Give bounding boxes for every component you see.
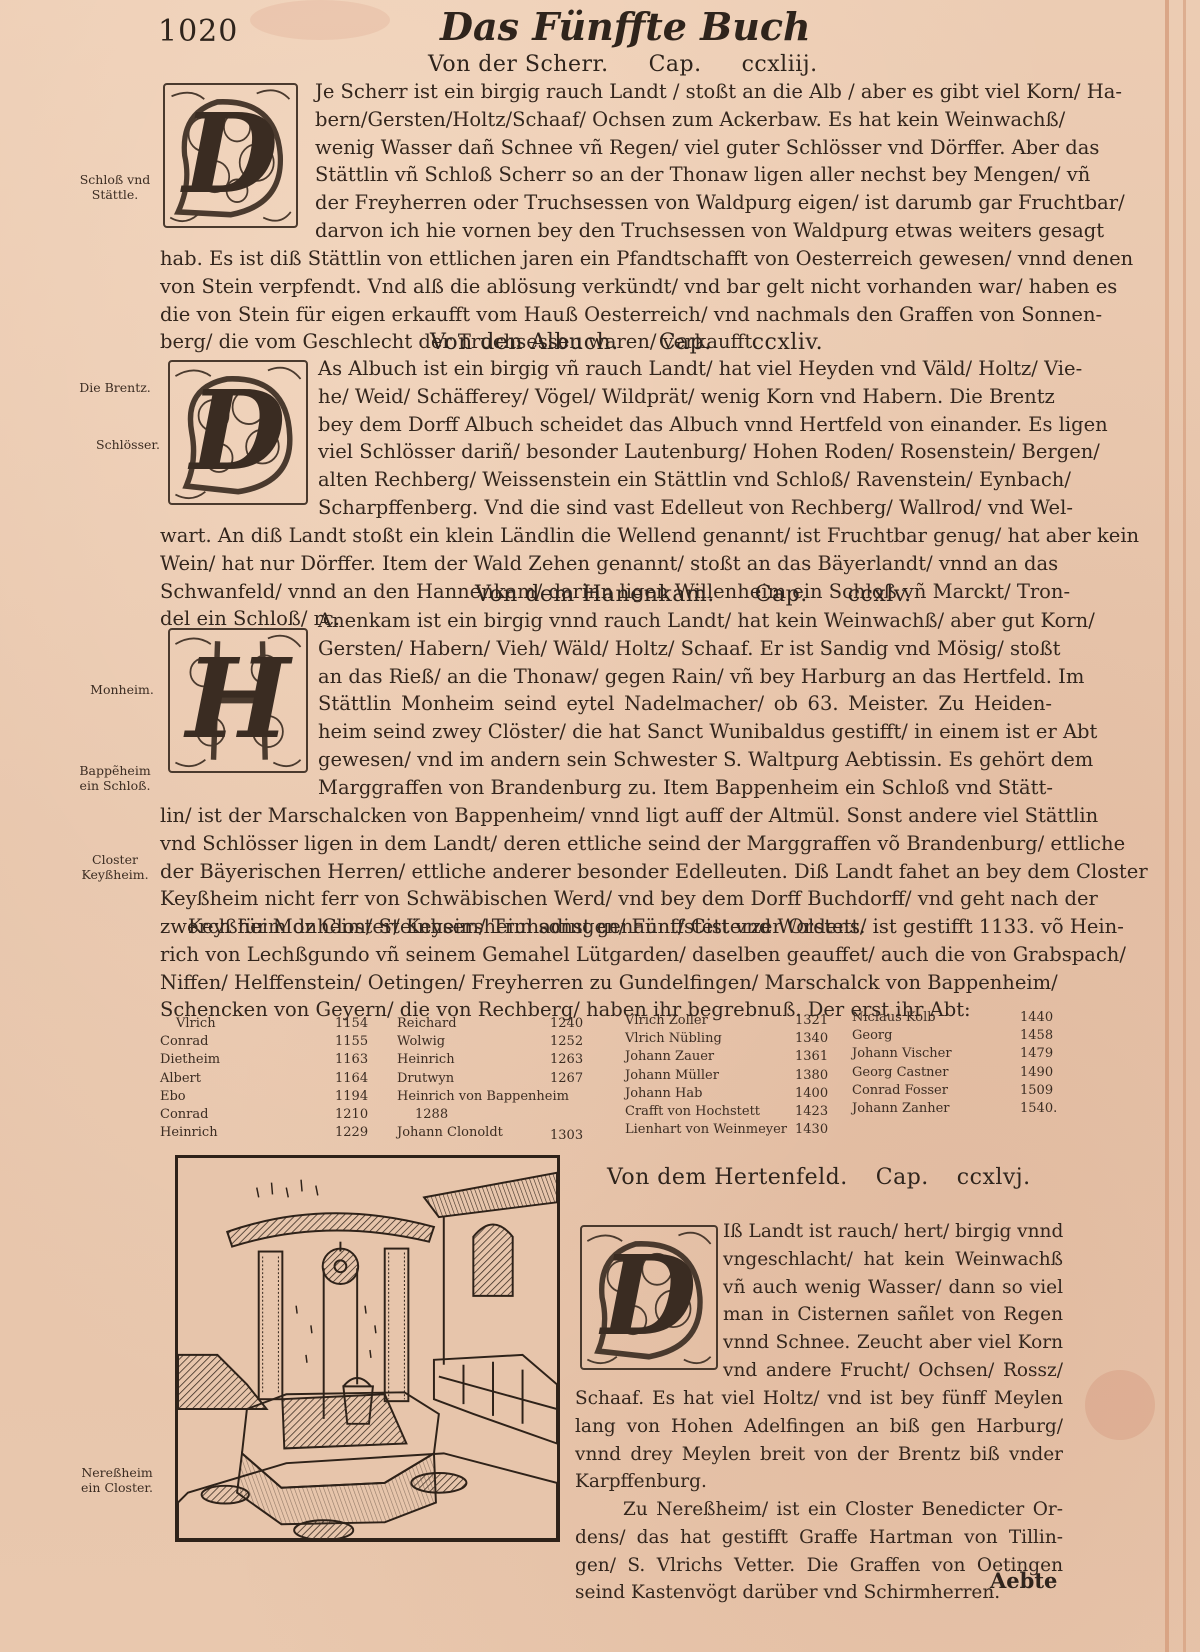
abbot-name: Johann Zanher [852, 1100, 949, 1118]
abbot-year: 1164 [335, 1070, 368, 1088]
text-line: vnd Schlösser ligen in dem Landt/ deren … [160, 830, 1052, 858]
text-line: bey dem Dorff Albuch scheidet das Albuch… [318, 411, 1052, 439]
chapter-title-hanenkam: Von dem Hanenkam.Cap.ccxlv. [475, 582, 912, 607]
text-line: Anenkam ist ein birgig vnnd rauch Landt/… [318, 607, 1052, 635]
abbot-entry: Conrad1210 [160, 1106, 370, 1124]
chapter-title-text: Von dem Hertenfeld. [607, 1165, 848, 1190]
paper-stain [250, 0, 390, 40]
chapter-title-albuch: Von den Albuch.Cap.ccxliv. [430, 330, 823, 355]
abbot-entry: Ebo1194 [160, 1088, 370, 1106]
chapter-body-albuch-indented: As Albuch ist ein birgig vñ rauch Landt/… [318, 355, 1052, 522]
abbot-name: Crafft von Hochstett [625, 1103, 760, 1121]
abbot-year: 1321 [795, 1012, 828, 1030]
abbot-entry: Vlrich Nübling1340 [625, 1030, 840, 1048]
chapter-body-hertenfeld-indented: Iß Landt ist rauch/ hert/ birgig vnnd vn… [723, 1218, 1063, 1385]
margin-note-line: Schlösser. [83, 437, 173, 452]
margin-note-line: Keyßheim. [70, 867, 160, 882]
text-line: Scharpffenberg. Vnd die sind vast Edelle… [318, 494, 1052, 522]
keyssheim-paragraph: Keyßheim dz Closter/ Keysersheim sonst g… [160, 913, 1052, 1024]
chapter-body-hanenkam-indented: Anenkam ist ein birgig vnnd rauch Landt/… [318, 607, 1052, 802]
margin-note-schloesser: Schlösser. [83, 437, 173, 452]
abbot-year: 1154 [335, 1015, 368, 1033]
abbots-column-1: Vlrich1154 Conrad1155 Dietheim1163 Alber… [160, 1015, 370, 1142]
abbot-year: 1430 [795, 1121, 828, 1139]
abbot-entry: Dietheim1163 [160, 1051, 370, 1069]
abbot-entry: Georg1458 [852, 1027, 1067, 1045]
abbot-year: 1458 [1020, 1027, 1053, 1045]
margin-note-bappenheim: Bappẽheim ein Schloß. [70, 763, 160, 793]
text-line: vngeschlacht/ hat kein Weinwachß [723, 1246, 1063, 1274]
text-line: Wein/ hat nur Dörffer. Item der Wald Zeh… [160, 550, 1052, 578]
chapter-title-text: Von dem Hanenkam. [475, 582, 715, 607]
text-line: As Albuch ist ein birgig vñ rauch Landt/… [318, 355, 1052, 383]
text-line: lin/ ist der Marschalcken von Bappenheim… [160, 802, 1052, 830]
woodcut-illustration-cistern [175, 1155, 560, 1542]
abbot-entry: Crafft von Hochstett1423 [625, 1103, 840, 1121]
chapter-number: ccxlv. [848, 582, 912, 607]
abbot-name: Reichard [397, 1015, 457, 1033]
text-line: Keyßheim nicht ferr von Schwäbischen Wer… [160, 885, 1052, 913]
decorated-initial-H: H [168, 628, 308, 773]
chapter-body-hertenfeld-full: Schaaf. Es hat viel Holtz/ vnd ist bey f… [575, 1385, 1063, 1496]
abbot-name: Vlrich [176, 1015, 216, 1033]
initial-letter: D [170, 365, 306, 494]
abbot-year: 1361 [795, 1048, 828, 1066]
abbot-year: 1210 [335, 1106, 368, 1124]
text-line: Stättlin vñ Schloß Scherr so an der Thon… [315, 161, 1052, 189]
abbot-name: Johann Vischer [852, 1045, 952, 1063]
margin-note-line: Closter [70, 852, 160, 867]
chapter-title-text: Von den Albuch. [430, 330, 619, 355]
text-line: an das Rieß/ an die Thonaw/ gegen Rain/ … [318, 663, 1052, 691]
catchword: Aebte [990, 1568, 1057, 1593]
abbot-year: 1440 [1020, 1009, 1053, 1027]
initial-letter: H [170, 633, 306, 762]
book-page: 1020 Das Fünffte Buch Von der Scherr.Cap… [0, 0, 1200, 1652]
text-line: vnd andere Frucht/ Ochsen/ Rossz/ [723, 1357, 1063, 1385]
abbot-entry: Reichard1240 [397, 1015, 607, 1033]
margin-note-brentz: Die Brentz. [70, 380, 160, 395]
abbot-entry: Conrad1155 [160, 1033, 370, 1051]
text-line: von Stein verpfendt. Vnd alß die ablösun… [160, 273, 1052, 301]
text-line: Niffen/ Helffenstein/ Oetingen/ Freyherr… [160, 969, 1052, 997]
abbot-name: Johann Hab [625, 1085, 702, 1103]
text-line: man in Cisternen sañlet von Regen [723, 1301, 1063, 1329]
abbot-name: Vlrich Nübling [625, 1030, 722, 1048]
chapter-title-hertenfeld: Von dem Hertenfeld.Cap.ccxlvj. [607, 1165, 1031, 1190]
text-line: der Bäyerischen Herren/ ettliche anderer… [160, 858, 1052, 886]
text-line: vñ auch wenig Wasser/ dann so viel [723, 1274, 1063, 1302]
text-line: Keyßheim dz Closter/ Keysersheim sonst g… [160, 913, 1052, 941]
text-line: Gersten/ Habern/ Vieh/ Wäld/ Holtz/ Scha… [318, 635, 1052, 663]
text-line: Schaaf. Es hat viel Holtz/ vnd ist bey f… [575, 1385, 1063, 1413]
margin-note-line: ein Schloß. [70, 778, 160, 793]
margin-note-line: Bappẽheim [70, 763, 160, 778]
abbots-column-3: Vlrich Zoller1321 Vlrich Nübling1340 Joh… [625, 1012, 840, 1139]
abbot-entry: Johann Hab1400 [625, 1085, 840, 1103]
text-line: wart. An diß Landt stoßt ein klein Ländl… [160, 522, 1052, 550]
abbot-entry: Johann Müller1380 [625, 1067, 840, 1085]
abbot-entry: Heinrich von Bappenheim [397, 1088, 607, 1106]
text-line: Zu Nereßheim/ ist ein Closter Benedicter… [575, 1496, 1063, 1524]
abbot-year: 1163 [335, 1051, 368, 1069]
abbot-year: 1288 [415, 1106, 448, 1124]
abbot-year: 1263 [550, 1051, 583, 1069]
text-line: viel Schlösser dariñ/ besonder Lautenbur… [318, 438, 1052, 466]
abbot-name: Heinrich von Bappenheim [397, 1088, 569, 1106]
text-line: die von Stein für eigen erkaufft vom Hau… [160, 301, 1052, 329]
abbot-year: 1240 [550, 1015, 583, 1033]
abbot-year: 1155 [335, 1033, 368, 1051]
margin-note-line: Monheim. [77, 682, 167, 697]
page-edge-stain [1165, 0, 1169, 1652]
abbot-entry: Johann Vischer1479 [852, 1045, 1067, 1063]
text-line: lang von Hohen Adelfingen an biß gen Har… [575, 1413, 1063, 1441]
abbot-name: Heinrich [397, 1051, 455, 1069]
abbot-entry: Heinrich1263 [397, 1051, 607, 1069]
text-line: wenig Wasser dañ Schnee vñ Regen/ viel g… [315, 134, 1052, 162]
page-number: 1020 [158, 14, 238, 49]
abbot-name: Conrad [160, 1106, 208, 1124]
text-line: dens/ das hat gestifft Graffe Hartman vo… [575, 1524, 1063, 1552]
abbot-entry: Heinrich1229 [160, 1124, 370, 1142]
chapter-cap-label: Cap. [876, 1165, 929, 1190]
text-line: hab. Es ist diß Stättlin von ettlichen j… [160, 245, 1052, 273]
abbot-year: 1479 [1020, 1045, 1053, 1063]
text-line: heim seind zwey Clöster/ die hat Sanct W… [318, 718, 1052, 746]
abbot-name: Conrad [160, 1033, 208, 1051]
abbot-name: Conrad Fosser [852, 1082, 948, 1100]
margin-note-line: Stättle. [70, 187, 160, 202]
abbot-entry: Drutwyn1267 [397, 1070, 607, 1088]
abbot-entry: Vlrich1154 [160, 1015, 370, 1033]
chapter-number: ccxliv. [752, 330, 823, 355]
abbot-entry: Conrad Fosser1509 [852, 1082, 1067, 1100]
margin-note-scherr: Schloß vnd Stättle. [70, 172, 160, 202]
text-line: vnnd Schnee. Zeucht aber viel Korn [723, 1329, 1063, 1357]
decorated-initial-D: D [580, 1225, 718, 1370]
chapter-cap-label: Cap. [755, 582, 808, 607]
abbot-year: 1400 [795, 1085, 828, 1103]
abbot-year: 1303 [550, 1127, 583, 1145]
abbot-year: 1194 [335, 1088, 368, 1106]
abbot-name: Dietheim [160, 1051, 220, 1069]
abbot-name: Johann Müller [625, 1067, 719, 1085]
paper-stain [1085, 1370, 1155, 1440]
text-line: gewesen/ vnd im andern sein Schwester S.… [318, 746, 1052, 774]
abbot-entry: Wolwig1252 [397, 1033, 607, 1051]
abbot-entry: Lienhart von Weinmeyer1430 [625, 1121, 840, 1139]
chapter-number: ccxlvj. [957, 1165, 1031, 1190]
text-line: rich von Lechßgundo vñ seinem Gemahel Lü… [160, 941, 1052, 969]
text-line: Je Scherr ist ein birgig rauch Landt / s… [315, 78, 1052, 106]
running-title: Das Fünffte Buch [440, 4, 811, 49]
abbot-year: 1267 [550, 1070, 583, 1088]
margin-note-line: ein Closter. [72, 1480, 162, 1495]
decorated-initial-D: D [163, 83, 298, 228]
chapter-number: ccxliij. [742, 52, 818, 77]
text-line: he/ Weid/ Schäfferey/ Vögel/ Wildprät/ w… [318, 383, 1052, 411]
chapter-cap-label: Cap. [659, 330, 712, 355]
text-line: Karpffenburg. [575, 1468, 1063, 1496]
abbot-entry: Albert1164 [160, 1070, 370, 1088]
abbot-entry: Vlrich Zoller1321 [625, 1012, 840, 1030]
margin-note-neressheim: Nereßheim ein Closter. [72, 1465, 162, 1495]
margin-note-monheim: Monheim. [77, 682, 167, 697]
initial-letter: D [165, 88, 296, 217]
abbot-name: Wolwig [397, 1033, 445, 1051]
abbot-name: Johann Zauer [625, 1048, 714, 1066]
chapter-body-scherr-indented: Je Scherr ist ein birgig rauch Landt / s… [315, 78, 1052, 245]
initial-letter: D [582, 1230, 716, 1359]
abbot-year: 1340 [795, 1030, 828, 1048]
text-line: Stättlin Monheim seind eytel Nadelmacher… [318, 690, 1052, 718]
abbots-column-2: Reichard1240 Wolwig1252 Heinrich1263 Dru… [397, 1015, 607, 1142]
abbots-column-4: Niclaus Kolb1440 Georg1458 Johann Vische… [852, 1009, 1067, 1118]
abbot-name: Albert [160, 1070, 201, 1088]
abbot-year: 1490 [1020, 1064, 1053, 1082]
abbot-year: 1540. [1020, 1100, 1057, 1118]
abbot-year: 1509 [1020, 1082, 1053, 1100]
abbot-name: Ebo [160, 1088, 186, 1106]
page-edge-stain [1183, 0, 1186, 1652]
abbots-list: Vlrich1154 Conrad1155 Dietheim1163 Alber… [160, 1015, 1060, 1145]
margin-note-line: Die Brentz. [70, 380, 160, 395]
margin-note-line: Nereßheim [72, 1465, 162, 1480]
abbot-entry: Johann Clonoldt1303 [397, 1124, 607, 1142]
text-line: Marggraffen von Brandenburg zu. Item Bap… [318, 774, 1052, 802]
abbot-name: Georg [852, 1027, 892, 1045]
abbot-entry: Niclaus Kolb1440 [852, 1009, 1067, 1027]
margin-note-keyssheim: Closter Keyßheim. [70, 852, 160, 882]
abbot-entry: Johann Zauer1361 [625, 1048, 840, 1066]
chapter-title-scherr: Von der Scherr.Cap.ccxliij. [428, 52, 818, 77]
abbot-entry: Georg Castner1490 [852, 1064, 1067, 1082]
cistern-well-illustration [178, 1158, 557, 1539]
abbot-name: Georg Castner [852, 1064, 948, 1082]
abbot-name: Drutwyn [397, 1070, 454, 1088]
text-line: der Freyherren oder Truchsessen von Wald… [315, 189, 1052, 217]
abbot-name: Johann Clonoldt [397, 1124, 503, 1142]
abbot-entry: Johann Zanher1540. [852, 1100, 1067, 1118]
abbot-name: Vlrich Zoller [625, 1012, 708, 1030]
abbot-year: 1252 [550, 1033, 583, 1051]
chapter-cap-label: Cap. [649, 52, 702, 77]
chapter-title-text: Von der Scherr. [428, 52, 609, 77]
text-line: alten Rechberg/ Weissenstein ein Stättli… [318, 466, 1052, 494]
text-line: darvon ich hie vornen bey den Truchsesse… [315, 217, 1052, 245]
abbot-year: 1229 [335, 1124, 368, 1142]
abbot-name: Niclaus Kolb [852, 1009, 936, 1027]
decorated-initial-D: D [168, 360, 308, 505]
abbot-name: Heinrich [160, 1124, 218, 1142]
abbot-entry: 1288 [397, 1106, 607, 1124]
abbot-year: 1423 [795, 1103, 828, 1121]
text-line: Iß Landt ist rauch/ hert/ birgig vnnd [723, 1218, 1063, 1246]
margin-note-line: Schloß vnd [70, 172, 160, 187]
text-line: bern/Gersten/Holtz/Schaaf/ Ochsen zum Ac… [315, 106, 1052, 134]
abbot-year: 1380 [795, 1067, 828, 1085]
abbot-name: Lienhart von Weinmeyer [625, 1121, 787, 1139]
text-line: vnnd drey Meylen breit von der Brentz bi… [575, 1441, 1063, 1469]
